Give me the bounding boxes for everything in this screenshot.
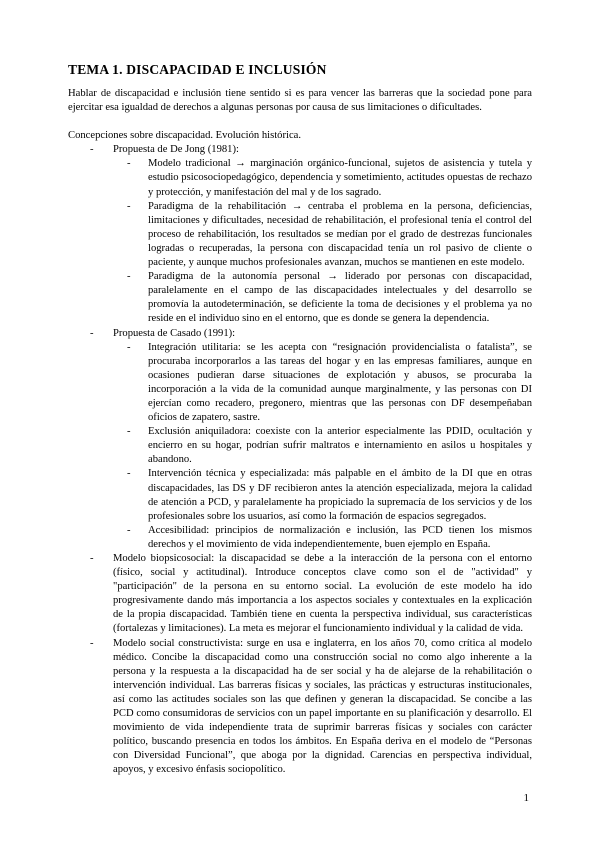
concept-list: - Propuesta de De Jong (1981): - Modelo … xyxy=(68,143,532,777)
bullet-dash: - xyxy=(90,637,94,651)
bullet-dash: - xyxy=(90,552,94,566)
list-item-text: Modelo tradicional → marginación orgánic… xyxy=(148,158,532,197)
list-item: - Exclusión aniquiladora: coexiste con l… xyxy=(68,425,532,467)
list-item-text: Propuesta de Casado (1991): xyxy=(113,328,235,339)
list-item-text: Paradigma de la rehabilitación → centrab… xyxy=(148,201,532,268)
document-page: TEMA 1. DISCAPACIDAD E INCLUSIÓN Hablar … xyxy=(0,0,600,848)
list-item: - Intervención técnica y especializada: … xyxy=(68,467,532,523)
bullet-dash: - xyxy=(90,143,94,157)
list-item: - Modelo biopsicosocial: la discapacidad… xyxy=(68,552,532,637)
blank-line xyxy=(68,115,532,129)
list-item: - Paradigma de la rehabilitación → centr… xyxy=(68,200,532,270)
list-item: - Integración utilitaria: se les acepta … xyxy=(68,341,532,426)
intro-paragraph: Hablar de discapacidad e inclusión tiene… xyxy=(68,87,532,115)
list-item-text: Modelo social constructivista: surge en … xyxy=(113,638,532,776)
bullet-dash: - xyxy=(127,425,131,439)
list-item: - Modelo social constructivista: surge e… xyxy=(68,637,532,778)
list-item-text: Exclusión aniquiladora: coexiste con la … xyxy=(148,426,532,465)
list-item-text: Integración utilitaria: se les acepta co… xyxy=(148,342,532,423)
list-item: - Propuesta de De Jong (1981): xyxy=(68,143,532,157)
bullet-dash: - xyxy=(127,270,131,284)
list-item-text: Propuesta de De Jong (1981): xyxy=(113,144,239,155)
list-item-text: Paradigma de la autonomía personal → lid… xyxy=(148,271,532,324)
list-item-text: Intervención técnica y especializada: má… xyxy=(148,468,532,521)
list-item-text: Accesibilidad: principios de normalizaci… xyxy=(148,525,532,550)
list-item: - Modelo tradicional → marginación orgán… xyxy=(68,157,532,199)
bullet-dash: - xyxy=(127,467,131,481)
bullet-dash: - xyxy=(90,327,94,341)
page-number: 1 xyxy=(524,791,530,805)
page-title: TEMA 1. DISCAPACIDAD E INCLUSIÓN xyxy=(68,62,532,78)
bullet-dash: - xyxy=(127,200,131,214)
section-heading: Concepciones sobre discapacidad. Evoluci… xyxy=(68,129,532,143)
bullet-dash: - xyxy=(127,524,131,538)
bullet-dash: - xyxy=(127,341,131,355)
bullet-dash: - xyxy=(127,157,131,171)
list-item: - Propuesta de Casado (1991): xyxy=(68,327,532,341)
list-item: - Accesibilidad: principios de normaliza… xyxy=(68,524,532,552)
list-item: - Paradigma de la autonomía personal → l… xyxy=(68,270,532,326)
list-item-text: Modelo biopsicosocial: la discapacidad s… xyxy=(113,553,532,634)
